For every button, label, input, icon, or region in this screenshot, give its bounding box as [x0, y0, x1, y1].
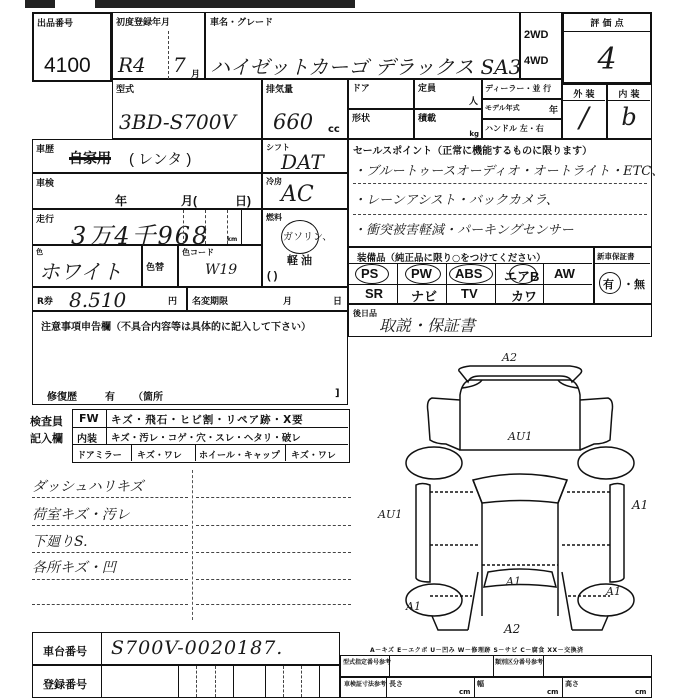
mark-hood: AU1: [508, 430, 532, 443]
divider: [319, 666, 320, 697]
fuel-other: ( ): [267, 270, 277, 282]
score-value: 4: [564, 42, 650, 77]
capacity-label: 定員: [418, 81, 436, 94]
divider: [474, 678, 475, 697]
inspector-wheel-damage: キズ・ワレ: [291, 448, 336, 461]
note-line: [196, 498, 351, 526]
warranty-yes: 有: [603, 276, 614, 292]
length-unit: cm: [459, 688, 470, 696]
model-grade-box: 車名・グレード ハイゼットカーゴ デラックス SA3: [205, 12, 520, 79]
note-line: [196, 526, 351, 553]
door-box: ドア: [348, 79, 414, 109]
length-label: 長さ: [389, 679, 403, 689]
divider: [493, 656, 494, 676]
load-label: 積載: [418, 111, 436, 124]
color-value: ホワイト: [39, 256, 122, 286]
height-unit: cm: [635, 688, 646, 696]
shift-value: DAT: [281, 150, 324, 174]
divider: [196, 666, 197, 697]
score-label: 評 価 点: [564, 16, 650, 32]
sales-point-line: ・レーンアシスト・バックカメラ、: [353, 185, 647, 215]
first-reg-year: R4: [118, 53, 146, 77]
inspection-label: 車検: [36, 176, 54, 189]
drive-box: 2WD 4WD: [520, 12, 562, 79]
color-code-box: 色コード W19: [178, 245, 262, 287]
repair-place: （箇所: [133, 388, 163, 403]
interior-grade-box: 内 装 b: [607, 84, 652, 139]
model-grade-label: 車名・グレード: [210, 15, 273, 28]
damage-legend: A－キズ E－エクボ U－凹み W－修理跡 S－サビ C－腐食 XX－交換済: [370, 645, 584, 654]
color-change-label: 色替: [146, 260, 164, 273]
fuel-diesel: 軽 油: [287, 252, 312, 268]
inspector-fw-head: FW: [79, 412, 99, 425]
mark-rear-left: A1: [406, 600, 421, 613]
usage-box: 車歴 自家用 ( レンタ ): [32, 139, 262, 173]
displacement-label: 排気量: [266, 82, 293, 95]
divider: [301, 666, 302, 697]
divider: [178, 666, 179, 697]
first-reg-label: 初度登録年月: [116, 15, 170, 28]
chassis-label: 車台番号: [43, 643, 87, 659]
notes-label: 注意事項申告欄（不具合内容等は具体的に記入して下さい）: [41, 318, 311, 333]
reg-number-label: 登録番号: [43, 676, 87, 692]
mark-right-side: A1: [632, 498, 648, 512]
divider: [195, 444, 196, 461]
divider: [265, 666, 266, 697]
aftermarket-value: 取説・保証書: [379, 313, 475, 336]
chassis-box: 車台番号 S700V-0020187.: [32, 632, 340, 665]
equip-pw-circle: [405, 264, 441, 284]
repair-yes: 有: [105, 388, 115, 403]
usage-private: 自家用: [69, 148, 111, 168]
width-unit: cm: [547, 688, 558, 696]
inspector-label: 検査員: [30, 413, 63, 429]
recycle-label: R券: [37, 294, 53, 307]
divider: [73, 427, 348, 428]
displacement: 660: [273, 110, 313, 134]
load-unit: kg: [469, 130, 479, 138]
model-code-box: 型式 3BD-S700V: [112, 79, 262, 139]
handwritten-notes: ダッシュハリキズ 荷室キズ・汚レ 下廻りS. 各所キズ・凹: [32, 470, 188, 610]
chassis-value: S700V-0020187.: [111, 637, 283, 659]
note-line: 荷室キズ・汚レ: [32, 498, 188, 526]
ac-label: 冷房: [266, 176, 282, 187]
note-line: [196, 580, 351, 605]
height-label: 高さ: [565, 679, 579, 689]
capacity-unit: 人: [469, 94, 478, 107]
note-line: [196, 470, 351, 498]
divider: [183, 210, 184, 244]
aftermarket-box: 後日品 取説・保証書: [348, 304, 652, 337]
color-code: W19: [205, 262, 237, 278]
divider: [285, 444, 286, 461]
divider: [233, 666, 234, 697]
divider: [595, 263, 650, 264]
handle-label: ハンドル 左・右: [485, 123, 544, 134]
equip-airbag-circle: [509, 264, 537, 284]
first-reg-month: 7: [173, 53, 186, 77]
note-line: 各所キズ・凹: [32, 553, 188, 580]
exterior-label: 外 装: [563, 87, 605, 101]
divider: [192, 470, 193, 620]
inspection-year: 年: [115, 192, 127, 209]
fuel-label: 燃料: [266, 212, 282, 223]
lot-number: 4100: [44, 54, 91, 78]
inspection-box: 車検 年 月( 日): [32, 173, 262, 209]
inspector-label-2: 記入欄: [30, 430, 63, 446]
inspection-month: 月(: [181, 192, 197, 209]
divider: [215, 666, 216, 697]
divider: [283, 666, 284, 697]
sales-point-line: ・衝突被害軽減・パーキングセンサー: [353, 216, 647, 244]
dimensions-row: 車検証寸法参考 長さ cm 幅 cm 高さ cm: [340, 677, 652, 698]
mark-rear-door: A1: [506, 575, 521, 588]
interior-label: 内 装: [608, 87, 650, 101]
equipment-label: 装備品（純正品に限り○をつけてください）: [357, 250, 546, 264]
fuel-gasoline: ガソリン、: [283, 228, 332, 243]
shift-box: シフト DAT: [262, 139, 348, 173]
color-change-box: 色替: [142, 245, 178, 287]
divider: [495, 263, 496, 303]
handle-box: ハンドル 左・右: [482, 119, 562, 139]
lot-number-box: 出品番号 4100: [32, 12, 112, 82]
score-box: 評 価 点 4: [562, 12, 652, 84]
mark-rear-right: A1: [606, 585, 621, 598]
ac-value: AC: [281, 182, 314, 207]
model-year-unit: 年: [549, 103, 558, 116]
model-year-box: モデル年式 年: [482, 99, 562, 119]
equip-ps-circle: [355, 264, 389, 284]
divider: [386, 678, 387, 697]
recycle-value: 8.510: [69, 288, 126, 312]
dealer-label: ディーラー・並 行: [485, 83, 551, 94]
divider: [543, 263, 544, 303]
repair-close: ]: [335, 388, 340, 399]
sales-points-label: セールスポイント（正常に機能するものに限ります）: [353, 142, 592, 157]
inspection-day: 日): [235, 192, 251, 209]
color-code-label: 色コード: [182, 247, 214, 258]
aftermarket-label: 後日品: [353, 308, 377, 319]
divider: [205, 210, 206, 244]
door-label: ドア: [352, 81, 370, 94]
mileage-label: 走行: [36, 212, 54, 225]
inspector-interior-body: キズ・汚レ・コゲ・穴・スレ・ヘタリ・破レ: [111, 430, 301, 444]
inspector-mirror: ドアミラー: [77, 448, 122, 461]
model-grade: ハイゼットカーゴ デラックス SA3: [210, 51, 521, 80]
width-label: 幅: [477, 679, 484, 689]
note-line: [32, 580, 188, 605]
divider: [168, 31, 169, 79]
mark-front-bumper: A2: [502, 351, 517, 364]
name-change-label: 名変期限: [192, 294, 228, 307]
name-change-box: 名変期限 月 日: [187, 287, 348, 311]
divider: [562, 678, 563, 697]
drive-4wd: 4WD: [524, 55, 548, 67]
notes-box: 注意事項申告欄（不具合内容等は具体的に記入して下さい） 修復歴 有 （箇所 ]: [32, 311, 348, 405]
inspector-interior-head: 内装: [77, 430, 97, 445]
displacement-unit: cc: [328, 124, 340, 135]
warranty-label: 新車保証書: [597, 251, 635, 262]
name-change-day: 日: [333, 294, 342, 307]
capacity-box: 定員 人: [414, 79, 482, 109]
shape-label: 形状: [352, 111, 370, 124]
type-approval-label: 型式指定番号参考: [343, 657, 389, 666]
equip-tv: TV: [461, 286, 478, 301]
model-year-label: モデル年式: [485, 103, 520, 113]
cert-label: 車検証寸法参考: [343, 679, 387, 688]
warranty-no: ・無: [623, 276, 645, 292]
divider: [73, 444, 348, 445]
sales-point-line: ・ブルートゥースオーディオ・オートライト・ETC、: [353, 158, 647, 184]
shape-box: 形状: [348, 109, 414, 139]
divider: [101, 633, 102, 664]
ac-box: 冷房 AC: [262, 173, 348, 209]
equip-navi: ナビ: [411, 286, 437, 305]
drive-2wd: 2WD: [524, 29, 548, 41]
sales-points-box: セールスポイント（正常に機能するものに限ります） ・ブルートゥースオーディオ・オ…: [348, 139, 652, 247]
recycle-unit: 円: [168, 294, 177, 307]
divider: [349, 284, 592, 285]
divider: [106, 410, 107, 444]
usage-label: 車歴: [36, 142, 54, 155]
handwritten-notes-right: [196, 470, 351, 610]
note-line: [196, 553, 351, 580]
divider: [101, 666, 102, 697]
equip-aw: AW: [554, 266, 575, 281]
inspector-mirror-damage: キズ・ワレ: [137, 448, 182, 461]
divider: [241, 210, 242, 244]
equipment-box: 装備品（純正品に限り○をつけてください） PS PW ABS エアB AW SR…: [348, 247, 594, 304]
dealer-box: ディーラー・並 行: [482, 79, 562, 99]
warranty-box: 新車保証書 有 ・無: [594, 247, 652, 304]
divider: [131, 444, 132, 461]
note-line: 下廻りS.: [32, 526, 188, 553]
reg-number-box: 登録番号: [32, 665, 340, 698]
approval-row: 型式指定番号参考 類別区分番号参考: [340, 655, 652, 677]
category-label: 類別区分番号参考: [495, 657, 541, 666]
equip-leather: カワ: [511, 286, 537, 305]
equip-sr: SR: [365, 286, 383, 301]
name-change-month: 月: [283, 294, 292, 307]
divider: [446, 263, 447, 303]
color-box: 色 ホワイト: [32, 245, 142, 287]
exterior-grade: /: [563, 101, 605, 134]
recycle-box: R券 8.510 円: [32, 287, 187, 311]
load-box: 積載 kg: [414, 109, 482, 139]
equip-abs-circle: [449, 264, 493, 284]
mileage-box: 走行 3万4千968 km: [32, 209, 262, 245]
divider: [389, 656, 390, 676]
mileage-unit: km: [227, 236, 237, 243]
mark-left-side: AU1: [378, 508, 402, 521]
header-strip: [25, 0, 355, 8]
model-code: 3BD-S700V: [119, 110, 236, 134]
interior-grade: b: [608, 103, 650, 131]
inspector-fw-body: キズ・飛石・ヒビ割・リペア跡・X要: [111, 412, 304, 427]
divider: [397, 263, 398, 303]
fuel-box: 燃料 ガソリン、 軽 油 ( ): [262, 209, 348, 287]
note-line: ダッシュハリキズ: [32, 470, 188, 498]
first-registration-box: 初度登録年月 R4 7 月: [112, 12, 205, 79]
model-code-label: 型式: [116, 82, 134, 95]
exterior-grade-box: 外 装 /: [562, 84, 607, 139]
inspector-table: FW キズ・飛石・ヒビ割・リペア跡・X要 内装 キズ・汚レ・コゲ・穴・スレ・ヘタ…: [72, 409, 350, 463]
divider: [543, 656, 544, 676]
inspector-wheel: ホイール・キャップ: [199, 448, 280, 461]
mark-rear-bumper: A2: [504, 622, 520, 636]
lot-label: 出品番号: [37, 16, 73, 29]
repair-label: 修復歴: [47, 388, 77, 403]
usage-value: ( レンタ ): [129, 148, 191, 169]
displacement-box: 排気量 660 cc: [262, 79, 348, 139]
